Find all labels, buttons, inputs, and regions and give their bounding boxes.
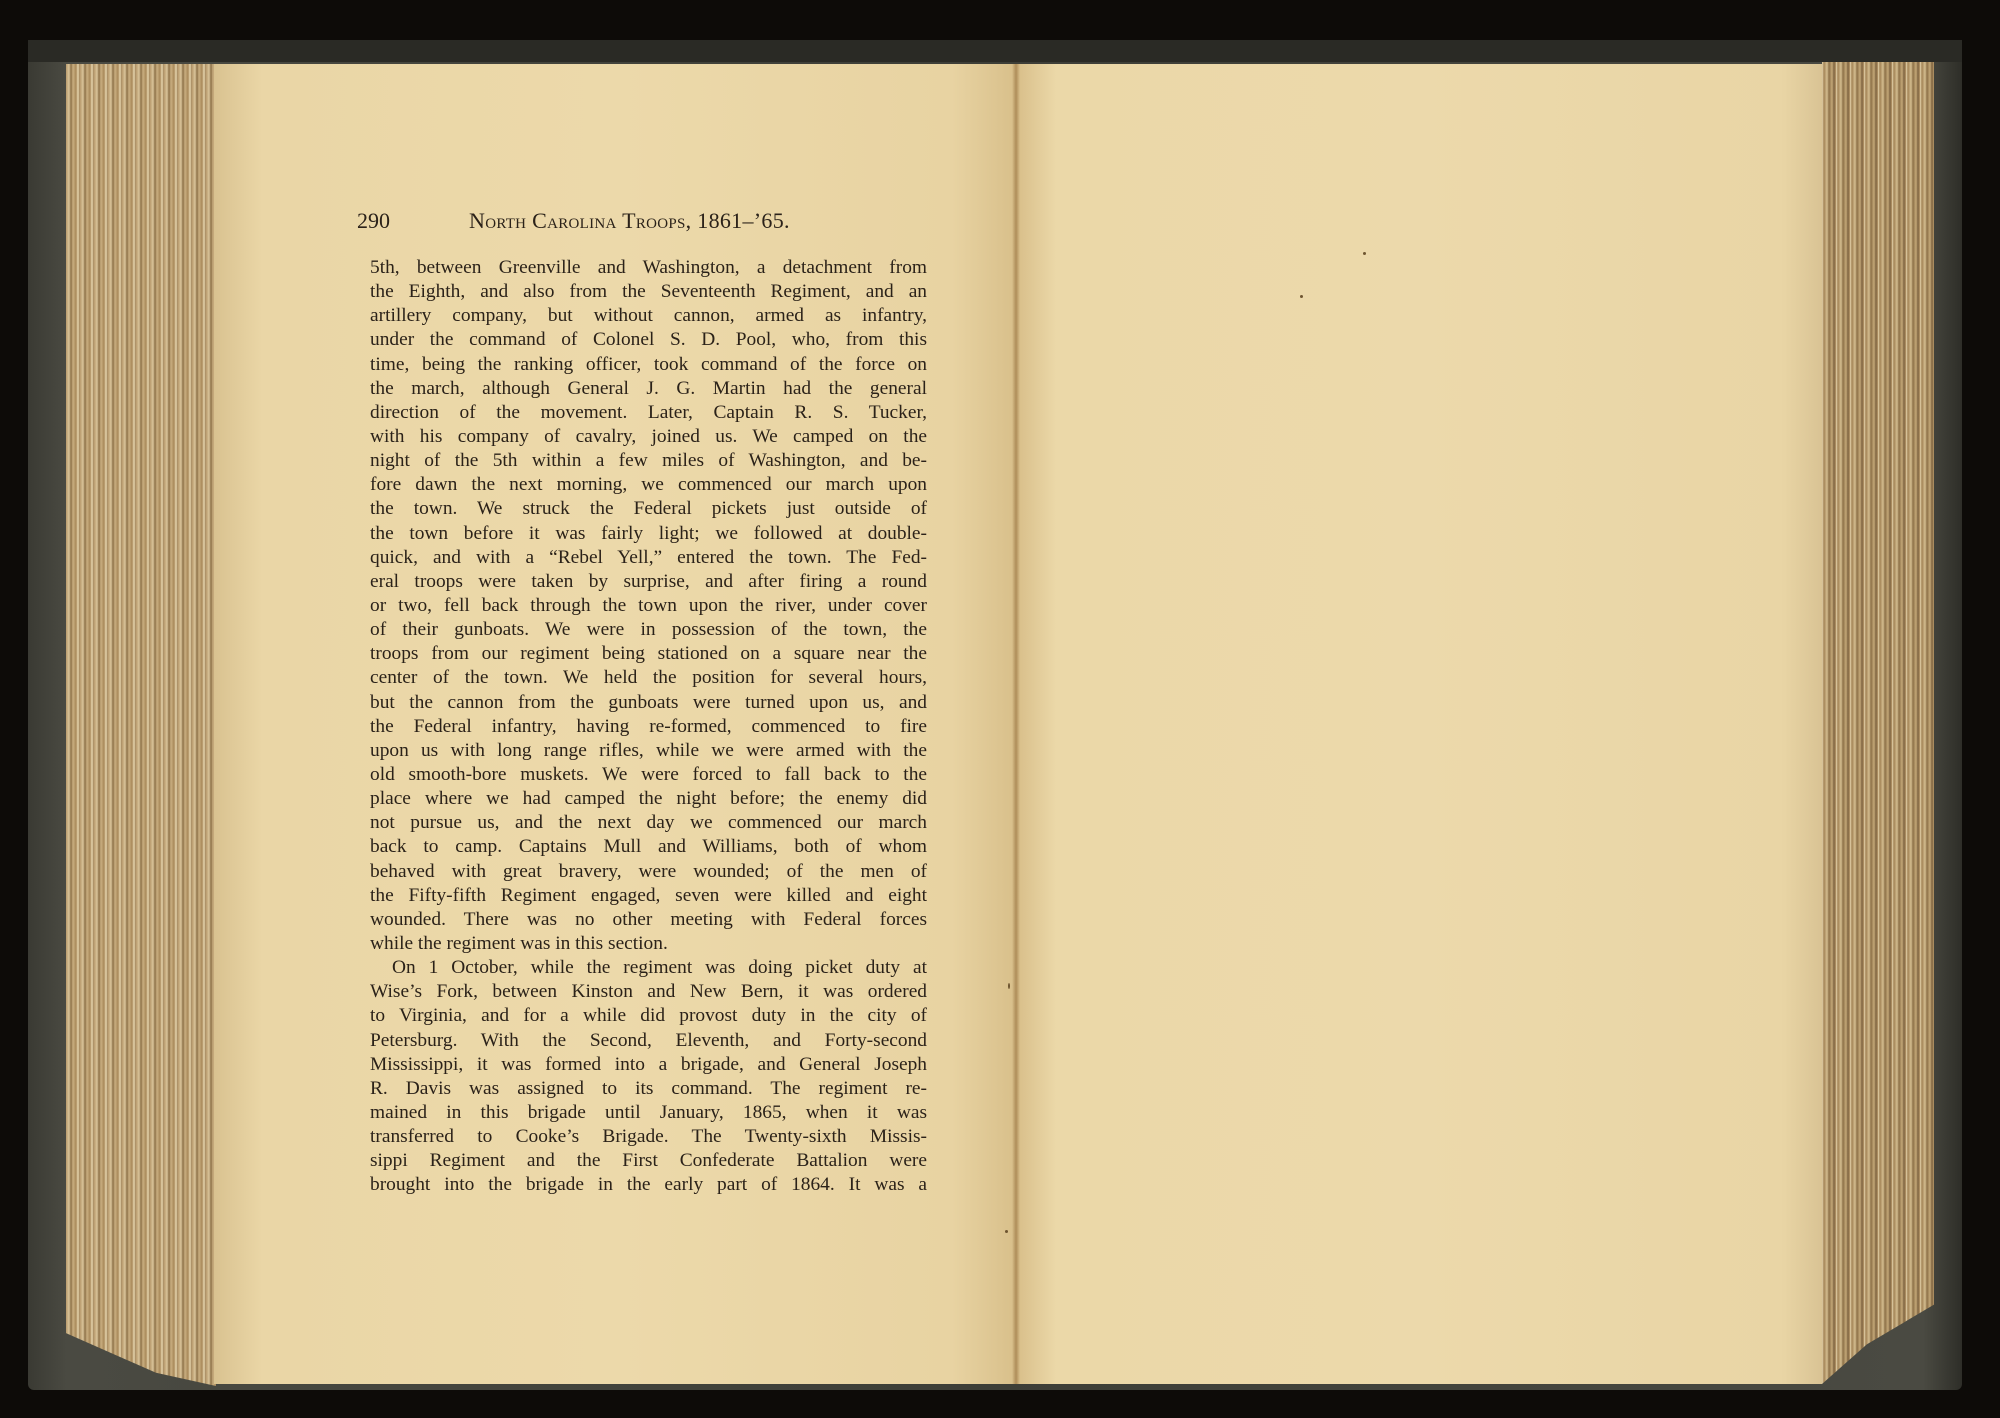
text-line: or two, fell back through the town upon … <box>370 594 927 618</box>
text-line-paragraph-end: while the regiment was in this section. <box>370 932 927 956</box>
book-cover-top-edge <box>28 40 1962 62</box>
text-line: sippi Regiment and the First Confederate… <box>370 1149 927 1173</box>
text-line: the Federal infantry, having re-formed, … <box>370 715 927 739</box>
text-line: Petersburg. With the Second, Eleventh, a… <box>370 1029 927 1053</box>
paper-speck <box>1005 1230 1008 1233</box>
paper-speck <box>1300 295 1303 298</box>
text-line: to Virginia, and for a while did provost… <box>370 1004 927 1028</box>
text-line: the march, although General J. G. Martin… <box>370 377 927 401</box>
book-gutter <box>1012 64 1020 1384</box>
text-line: upon us with long range rifles, while we… <box>370 739 927 763</box>
paper-speck <box>1363 252 1366 255</box>
text-line: the Eighth, and also from the Seventeent… <box>370 280 927 304</box>
text-line: brought into the brigade in the early pa… <box>370 1173 927 1197</box>
text-line: but the cannon from the gunboats were tu… <box>370 691 927 715</box>
text-line: troops from our regiment being stationed… <box>370 642 927 666</box>
text-line: back to camp. Captains Mull and Williams… <box>370 835 927 859</box>
paper-speck <box>1008 983 1010 989</box>
text-line: time, being the ranking officer, took co… <box>370 353 927 377</box>
text-line: the town before it was fairly light; we … <box>370 522 927 546</box>
text-line: artillery company, but without cannon, a… <box>370 304 927 328</box>
text-line: R. Davis was assigned to its command. Th… <box>370 1077 927 1101</box>
body-text: 5th, between Greenville and Washington, … <box>370 256 927 1197</box>
text-line: Mississippi, it was formed into a brigad… <box>370 1053 927 1077</box>
text-line: fore dawn the next morning, we commenced… <box>370 473 927 497</box>
text-line: Wise’s Fork, between Kinston and New Ber… <box>370 980 927 1004</box>
right-page-blank <box>1016 64 1822 1384</box>
text-line-paragraph-start: On 1 October, while the regiment was doi… <box>370 956 927 980</box>
text-line: not pursue us, and the next day we comme… <box>370 811 927 835</box>
text-line: of their gunboats. We were in possession… <box>370 618 927 642</box>
page-number: 290 <box>357 208 469 234</box>
text-line: mained in this brigade until January, 18… <box>370 1101 927 1125</box>
text-line: 5th, between Greenville and Washington, … <box>370 256 927 280</box>
right-page-stack-edges <box>1822 62 1934 1384</box>
running-head: 290North Carolina Troops, 1861–’65. <box>357 208 937 234</box>
text-line: the town. We struck the Federal pickets … <box>370 497 927 521</box>
text-line: old smooth-bore muskets. We were forced … <box>370 763 927 787</box>
text-line: quick, and with a “Rebel Yell,” entered … <box>370 546 927 570</box>
left-page-stack-edges <box>66 64 216 1386</box>
text-line: wounded. There was no other meeting with… <box>370 908 927 932</box>
text-line: eral troops were taken by surprise, and … <box>370 570 927 594</box>
text-line: night of the 5th within a few miles of W… <box>370 449 927 473</box>
text-line: with his company of cavalry, joined us. … <box>370 425 927 449</box>
text-line: behaved with great bravery, were wounded… <box>370 860 927 884</box>
text-line: the Fifty-fifth Regiment engaged, seven … <box>370 884 927 908</box>
text-line: transferred to Cooke’s Brigade. The Twen… <box>370 1125 927 1149</box>
running-head-title: North Carolina Troops, 1861–’65. <box>469 208 790 233</box>
text-line: under the command of Colonel S. D. Pool,… <box>370 328 927 352</box>
text-line: direction of the movement. Later, Captai… <box>370 401 927 425</box>
text-line: center of the town. We held the position… <box>370 666 927 690</box>
text-line: place where we had camped the night befo… <box>370 787 927 811</box>
